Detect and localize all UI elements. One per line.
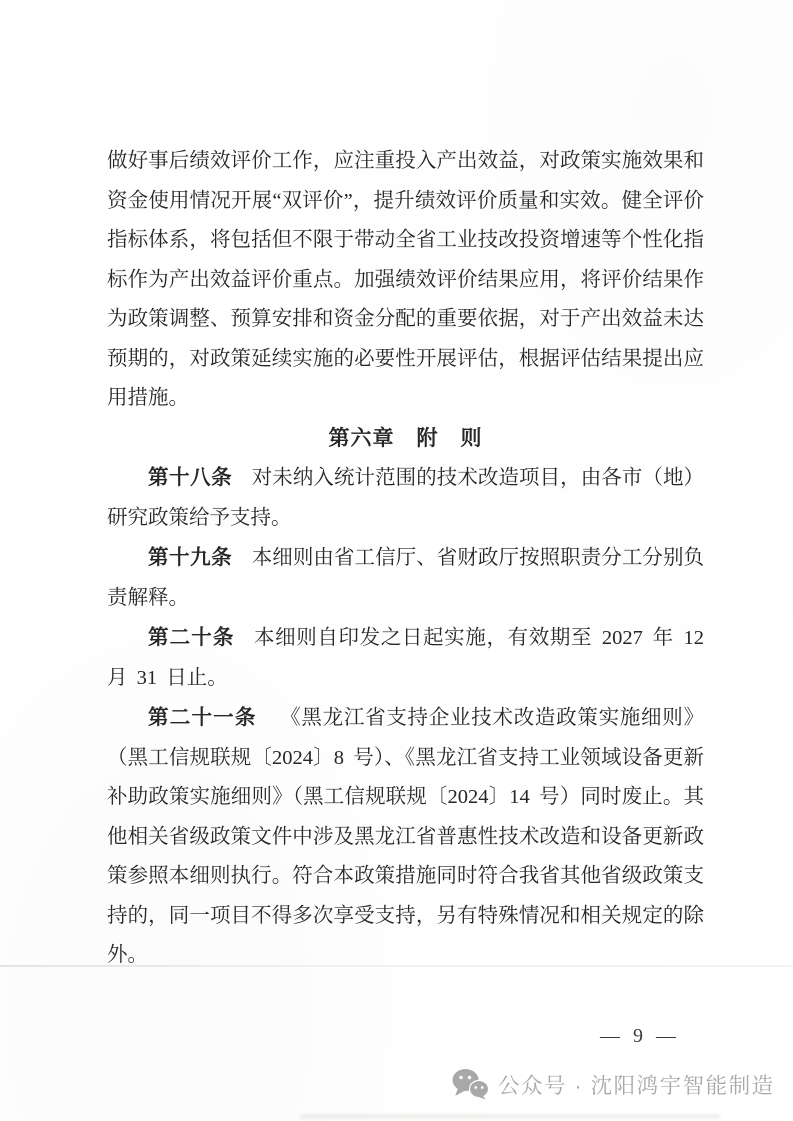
article-20-label: 第二十条: [148, 626, 235, 649]
article-20: 第二十条本细则自印发之日起实施，有效期至 2027 年 12 月 31 日止。: [107, 618, 704, 698]
scan-artifact-smudge: [300, 1114, 720, 1119]
paragraph-continuation: 做好事后绩效评价工作，应注重投入产出效益，对政策实施效果和资金使用情况开展“双评…: [107, 142, 704, 419]
wechat-icon: [452, 1068, 489, 1100]
watermark-text: 公众号 · 沈阳鸿宇智能制造: [498, 1069, 775, 1100]
chapter-heading: 第六章 附 则: [107, 419, 704, 459]
article-21-label: 第二十一条: [148, 706, 257, 729]
article-18: 第十八条对未纳入统计范围的技术改造项目，由各市（地）研究政策给予支持。: [107, 458, 704, 538]
article-21-text: 《黑龙江省支持企业技术改造政策实施细则》（黑工信规联规〔2024〕8 号）、《黑…: [107, 707, 704, 966]
article-19-label: 第十九条: [148, 546, 232, 569]
article-21: 第二十一条《黑龙江省支持企业技术改造政策实施细则》（黑工信规联规〔2024〕8 …: [107, 698, 704, 976]
document-body: 做好事后绩效评价工作，应注重投入产出效益，对政策实施效果和资金使用情况开展“双评…: [107, 142, 704, 976]
page-number: — 9 —: [600, 1024, 677, 1048]
article-18-label: 第十八条: [148, 466, 232, 489]
scanned-document-page: 做好事后绩效评价工作，应注重投入产出效益，对政策实施效果和资金使用情况开展“双评…: [0, 0, 793, 1121]
article-19: 第十九条本细则由省工信厅、省财政厅按照职责分工分别负责解释。: [107, 538, 704, 618]
watermark-footer: 公众号 · 沈阳鸿宇智能制造: [452, 1068, 775, 1100]
